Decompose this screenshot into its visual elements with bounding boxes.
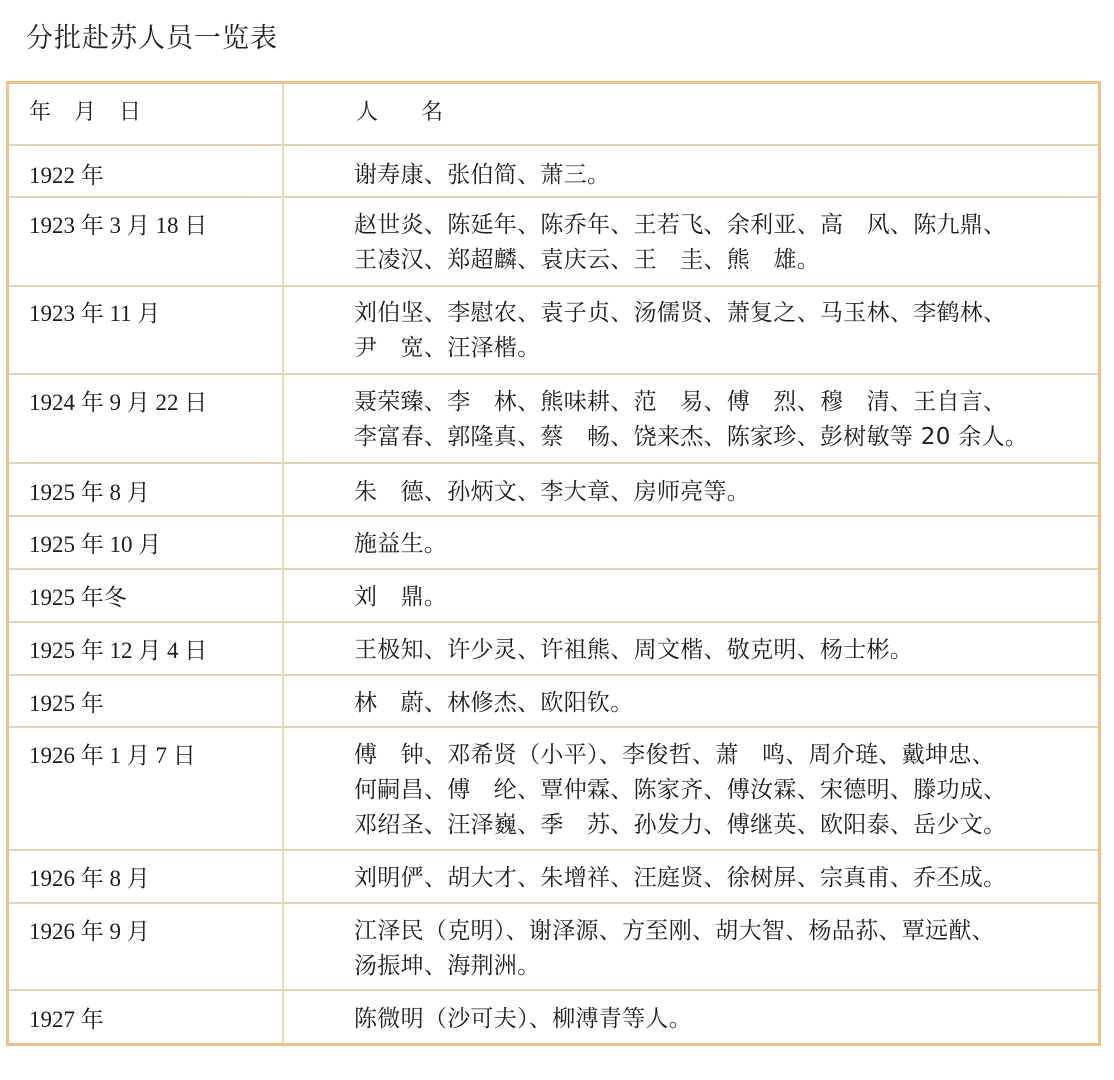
date-cell: 1927 年 <box>9 990 283 1043</box>
names-text: 赵世炎、陈延年、陈乔年、王若飞、余利亚、高 风、陈九鼎、王凌汉、郑超麟、袁庆云、… <box>284 198 1098 278</box>
names-line: 赵世炎、陈延年、陈乔年、王若飞、余利亚、高 风、陈九鼎、 <box>354 208 1090 243</box>
table-row: 1925 年 8 月朱 德、孙炳文、李大章、房师亮等。 <box>9 463 1098 516</box>
names-cell: 朱 德、孙炳文、李大章、房师亮等。 <box>283 463 1098 516</box>
names-line: 江泽民（克明）、谢泽源、方至刚、胡大智、杨品荪、覃远猷、 <box>354 914 1090 949</box>
names-text: 林 蔚、林修杰、欧阳钦。 <box>284 676 1098 721</box>
date-text: 1923 年 11 月 <box>9 287 282 331</box>
names-text: 聂荣臻、李 林、熊味耕、范 易、傅 烈、穆 清、王自言、李富春、郭隆真、蔡 畅、… <box>284 375 1098 455</box>
names-line: 傅 钟、邓希贤（小平）、李俊哲、萧 鸣、周介琏、戴坤忠、 <box>354 738 1090 773</box>
date-text: 1926 年 8 月 <box>9 851 282 896</box>
names-line: 聂荣臻、李 林、熊味耕、范 易、傅 烈、穆 清、王自言、 <box>354 385 1090 420</box>
names-text: 施益生。 <box>284 517 1098 562</box>
date-cell: 1925 年 <box>9 675 283 727</box>
table-row: 1926 年 1 月 7 日傅 钟、邓希贤（小平）、李俊哲、萧 鸣、周介琏、戴坤… <box>9 727 1098 850</box>
date-cell: 1923 年 11 月 <box>9 286 283 374</box>
table-row: 1925 年林 蔚、林修杰、欧阳钦。 <box>9 675 1098 727</box>
date-text: 1924 年 9 月 22 日 <box>9 375 282 420</box>
names-line: 刘明俨、胡大才、朱增祥、汪庭贤、徐树屏、宗真甫、乔丕成。 <box>354 861 1090 896</box>
names-cell: 赵世炎、陈延年、陈乔年、王若飞、余利亚、高 风、陈九鼎、王凌汉、郑超麟、袁庆云、… <box>283 197 1098 286</box>
names-cell: 刘 鼎。 <box>283 569 1098 622</box>
table-row: 1923 年 11 月刘伯坚、李慰农、袁子贞、汤儒贤、萧复之、马玉林、李鹤林、尹… <box>9 286 1098 374</box>
names-text: 谢寿康、张伯简、萧三。 <box>284 146 1098 193</box>
date-text: 1925 年 <box>9 676 282 721</box>
names-line: 王凌汉、郑超麟、袁庆云、王 圭、熊 雄。 <box>354 243 1090 278</box>
names-cell: 陈微明（沙可夫）、柳溥青等人。 <box>283 990 1098 1043</box>
names-text: 朱 德、孙炳文、李大章、房师亮等。 <box>284 464 1098 510</box>
names-text: 刘明俨、胡大才、朱增祥、汪庭贤、徐树屏、宗真甫、乔丕成。 <box>284 851 1098 896</box>
names-cell: 刘伯坚、李慰农、袁子贞、汤儒贤、萧复之、马玉林、李鹤林、尹 宽、汪泽楷。 <box>283 286 1098 374</box>
names-line: 李富春、郭隆真、蔡 畅、饶来杰、陈家珍、彭树敏等 20 余人。 <box>354 420 1090 455</box>
names-line: 王极知、许少灵、许祖熊、周文楷、敬克明、杨士彬。 <box>354 633 1090 668</box>
date-text: 1926 年 9 月 <box>9 904 282 949</box>
column-header-names: 人 名 <box>283 84 1098 145</box>
date-cell: 1924 年 9 月 22 日 <box>9 374 283 463</box>
table-header-row: 年 月 日 人 名 <box>9 84 1098 145</box>
date-text: 1925 年冬 <box>9 570 282 615</box>
roster-table: 年 月 日 人 名 1922 年谢寿康、张伯简、萧三。1923 年 3 月 18… <box>9 84 1098 1043</box>
table-row: 1924 年 9 月 22 日聂荣臻、李 林、熊味耕、范 易、傅 烈、穆 清、王… <box>9 374 1098 463</box>
names-text: 江泽民（克明）、谢泽源、方至刚、胡大智、杨品荪、覃远猷、汤振坤、海荆洲。 <box>284 904 1098 984</box>
names-text: 陈微明（沙可夫）、柳溥青等人。 <box>284 991 1098 1037</box>
roster-table-frame: 年 月 日 人 名 1922 年谢寿康、张伯简、萧三。1923 年 3 月 18… <box>6 81 1101 1046</box>
header-names-label: 人 名 <box>284 84 1098 142</box>
names-line: 刘 鼎。 <box>354 580 1090 615</box>
header-date-label: 年 月 日 <box>9 84 282 142</box>
names-cell: 聂荣臻、李 林、熊味耕、范 易、傅 烈、穆 清、王自言、李富春、郭隆真、蔡 畅、… <box>283 374 1098 463</box>
names-text: 刘 鼎。 <box>284 570 1098 615</box>
names-cell: 谢寿康、张伯简、萧三。 <box>283 145 1098 197</box>
date-cell: 1922 年 <box>9 145 283 197</box>
table-row: 1926 年 9 月江泽民（克明）、谢泽源、方至刚、胡大智、杨品荪、覃远猷、汤振… <box>9 903 1098 990</box>
names-text: 刘伯坚、李慰农、袁子贞、汤儒贤、萧复之、马玉林、李鹤林、尹 宽、汪泽楷。 <box>284 287 1098 366</box>
names-cell: 傅 钟、邓希贤（小平）、李俊哲、萧 鸣、周介琏、戴坤忠、何嗣昌、傅 纶、覃仲霖、… <box>283 727 1098 850</box>
names-line: 尹 宽、汪泽楷。 <box>354 331 1090 366</box>
date-text: 1923 年 3 月 18 日 <box>9 198 282 243</box>
table-row: 1927 年陈微明（沙可夫）、柳溥青等人。 <box>9 990 1098 1043</box>
names-line: 汤振坤、海荆洲。 <box>354 949 1090 984</box>
table-row: 1925 年 12 月 4 日王极知、许少灵、许祖熊、周文楷、敬克明、杨士彬。 <box>9 622 1098 675</box>
date-text: 1925 年 8 月 <box>9 464 282 510</box>
date-cell: 1926 年 8 月 <box>9 850 283 903</box>
names-text: 傅 钟、邓希贤（小平）、李俊哲、萧 鸣、周介琏、戴坤忠、何嗣昌、傅 纶、覃仲霖、… <box>284 728 1098 843</box>
names-cell: 刘明俨、胡大才、朱增祥、汪庭贤、徐树屏、宗真甫、乔丕成。 <box>283 850 1098 903</box>
date-text: 1926 年 1 月 7 日 <box>9 728 282 773</box>
date-cell: 1925 年 10 月 <box>9 516 283 569</box>
names-cell: 江泽民（克明）、谢泽源、方至刚、胡大智、杨品荪、覃远猷、汤振坤、海荆洲。 <box>283 903 1098 990</box>
names-line: 施益生。 <box>354 527 1090 562</box>
page-title: 分批赴苏人员一览表 <box>26 16 278 55</box>
names-cell: 王极知、许少灵、许祖熊、周文楷、敬克明、杨士彬。 <box>283 622 1098 675</box>
date-cell: 1925 年 8 月 <box>9 463 283 516</box>
names-text: 王极知、许少灵、许祖熊、周文楷、敬克明、杨士彬。 <box>284 623 1098 668</box>
date-text: 1925 年 10 月 <box>9 517 282 562</box>
names-line: 何嗣昌、傅 纶、覃仲霖、陈家齐、傅汝霖、宋德明、滕功成、 <box>354 773 1090 808</box>
column-header-date: 年 月 日 <box>9 84 283 145</box>
names-cell: 林 蔚、林修杰、欧阳钦。 <box>283 675 1098 727</box>
date-cell: 1926 年 9 月 <box>9 903 283 990</box>
date-cell: 1926 年 1 月 7 日 <box>9 727 283 850</box>
table-row: 1925 年 10 月施益生。 <box>9 516 1098 569</box>
table-row: 1923 年 3 月 18 日赵世炎、陈延年、陈乔年、王若飞、余利亚、高 风、陈… <box>9 197 1098 286</box>
date-cell: 1925 年 12 月 4 日 <box>9 622 283 675</box>
names-line: 林 蔚、林修杰、欧阳钦。 <box>354 686 1090 721</box>
names-line: 刘伯坚、李慰农、袁子贞、汤儒贤、萧复之、马玉林、李鹤林、 <box>354 296 1090 331</box>
names-line: 邓绍圣、汪泽巍、季 苏、孙发力、傅继英、欧阳泰、岳少文。 <box>354 808 1090 843</box>
date-text: 1925 年 12 月 4 日 <box>9 623 282 668</box>
date-text: 1927 年 <box>9 991 282 1037</box>
table-row: 1926 年 8 月刘明俨、胡大才、朱增祥、汪庭贤、徐树屏、宗真甫、乔丕成。 <box>9 850 1098 903</box>
table-row: 1922 年谢寿康、张伯简、萧三。 <box>9 145 1098 197</box>
table-row: 1925 年冬刘 鼎。 <box>9 569 1098 622</box>
names-line: 陈微明（沙可夫）、柳溥青等人。 <box>354 1002 1090 1037</box>
names-line: 谢寿康、张伯简、萧三。 <box>354 158 1090 193</box>
date-cell: 1923 年 3 月 18 日 <box>9 197 283 286</box>
date-text: 1922 年 <box>9 146 282 193</box>
date-cell: 1925 年冬 <box>9 569 283 622</box>
names-cell: 施益生。 <box>283 516 1098 569</box>
names-line: 朱 德、孙炳文、李大章、房师亮等。 <box>354 475 1090 510</box>
